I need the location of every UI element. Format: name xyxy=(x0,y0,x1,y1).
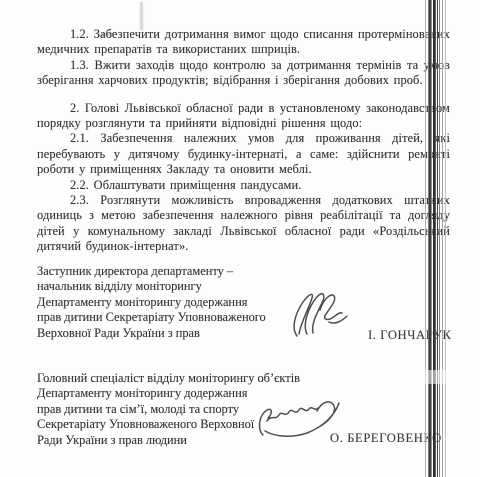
scan-streak-light-gap xyxy=(419,370,449,384)
paragraph-2-2: 2.2. Облаштувати приміщення пандусами. xyxy=(37,178,450,193)
scan-smudge-mark xyxy=(139,2,144,30)
scanned-document-page: 1.2. Забезпечити дотримання вимог щодо с… xyxy=(0,0,480,477)
scan-streak-artifact xyxy=(419,0,449,477)
handwritten-signature-icon xyxy=(287,288,349,340)
signatory-title-line: Головний спеціаліст відділу моніторингу … xyxy=(37,371,377,387)
paragraph-2: 2. Голові Львівської обласної ради в уст… xyxy=(37,101,450,132)
paragraph-1-3: 1.3. Вжити заходів щодо контролю за дотр… xyxy=(37,58,450,89)
signature-block-berehovenko: Головний спеціаліст відділу моніторингу … xyxy=(37,371,377,449)
paragraph-2-3: 2.3. Розглянути можливість впровадження … xyxy=(37,193,450,255)
document-body: 1.2. Забезпечити дотримання вимог щодо с… xyxy=(37,27,450,449)
signature-block-goncharuk: Заступник директора департаменту – начал… xyxy=(37,264,377,342)
paragraph-2-1: 2.1. Забезпечення належних умов для прож… xyxy=(37,131,450,177)
paragraph-1-2: 1.2. Забезпечити дотримання вимог щодо с… xyxy=(37,27,450,58)
signatory-title-line: Заступник директора департаменту – xyxy=(37,264,377,280)
